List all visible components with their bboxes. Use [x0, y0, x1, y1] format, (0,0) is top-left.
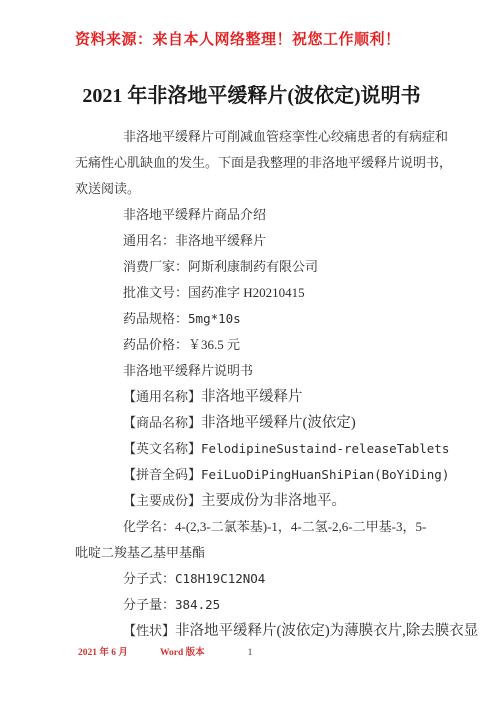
- field-value: 非洛地平缓释片: [201, 389, 303, 405]
- properties-row: 【性状】非洛地平缓释片(波依定)为薄膜衣片,除去膜衣显: [75, 618, 428, 644]
- generic-name-row: 通用名：非洛地平缓释片: [75, 228, 428, 254]
- entry-english-name: 【英文名称】FelodipineSustaind-releaseTablets: [75, 436, 428, 462]
- field-value: 非洛地平缓释片(波依定)为薄膜衣片,除去膜衣显: [175, 623, 478, 639]
- field-value: 非洛地平缓释片: [175, 233, 266, 248]
- source-notice: 资料来源：来自本人网络整理！祝您工作顺利！: [75, 30, 428, 50]
- entry-brand-name: 【商品名称】非洛地平缓释片(波依定): [75, 410, 428, 436]
- field-value: 主要成份为非洛地平。: [201, 493, 346, 509]
- field-label: 药品规格：: [123, 311, 188, 326]
- manual-heading: 非洛地平缓释片说明书: [75, 358, 428, 384]
- field-value: 384.25: [175, 597, 220, 612]
- field-label: 【商品名称】: [123, 415, 201, 430]
- entry-main-ingredient: 【主要成份】主要成份为非洛地平。: [75, 488, 428, 514]
- field-value: 阿斯利康制药有限公司: [188, 259, 318, 274]
- field-value: 非洛地平缓释片(波依定): [201, 415, 356, 431]
- field-label: 药品价格：: [123, 337, 188, 352]
- field-label: 通用名：: [123, 233, 175, 248]
- field-value: ￥36.5 元: [188, 337, 240, 352]
- price-row: 药品价格：￥36.5 元: [75, 332, 428, 358]
- field-value: 国药准字 H20210415: [188, 285, 305, 300]
- spec-row: 药品规格：5mg*10s: [75, 306, 428, 332]
- field-value: 5mg*10s: [188, 311, 241, 326]
- field-value: FelodipineSustaind-releaseTablets: [201, 441, 449, 456]
- molecular-weight-row: 分子量：384.25: [75, 592, 428, 618]
- field-label: 【性状】: [123, 623, 175, 638]
- page-footer: 2021 年 6 月 Word 版本 1: [0, 646, 500, 662]
- field-label: 【英文名称】: [123, 441, 201, 456]
- molecular-formula-row: 分子式：C18H19C12NO4: [75, 566, 428, 592]
- intro-line: 欢送阅读。: [75, 176, 428, 202]
- field-label: 【通用名称】: [123, 389, 201, 404]
- manufacturer-row: 消费厂家：阿斯利康制药有限公司: [75, 254, 428, 280]
- page-number: 1: [0, 646, 500, 660]
- intro-line: 非洛地平缓释片可削减血管痉挛性心绞痛患者的有病症和: [75, 124, 428, 150]
- page-title: 2021 年非洛地平缓释片(波依定)说明书: [75, 84, 428, 108]
- field-label: 分子式：: [123, 571, 175, 586]
- chemical-name-line: 吡啶二羧基乙基甲基酯: [75, 540, 428, 566]
- chemical-name-line: 化学名：4-(2,3-二氯苯基)-1，4-二氢-2,6-二甲基-3，5-: [75, 514, 428, 540]
- field-label: 【主要成份】: [123, 493, 201, 508]
- approval-number-row: 批准文号：国药准字 H20210415: [75, 280, 428, 306]
- document-page: 资料来源：来自本人网络整理！祝您工作顺利！ 2021 年非洛地平缓释片(波依定)…: [0, 0, 500, 708]
- entry-generic-name: 【通用名称】非洛地平缓释片: [75, 384, 428, 410]
- field-value: FeiLuoDiPingHuanShiPian(BoYiDing): [201, 467, 449, 482]
- field-label: 批准文号：: [123, 285, 188, 300]
- document-body: 非洛地平缓释片可削减血管痉挛性心绞痛患者的有病症和 无痛性心肌缺血的发生。下面是…: [75, 124, 428, 644]
- field-label: 【拼音全码】: [123, 467, 201, 482]
- entry-pinyin-code: 【拼音全码】FeiLuoDiPingHuanShiPian(BoYiDing): [75, 462, 428, 488]
- field-label: 分子量：: [123, 597, 175, 612]
- field-label: 消费厂家：: [123, 259, 188, 274]
- product-intro-heading: 非洛地平缓释片商品介绍: [75, 202, 428, 228]
- intro-line: 无痛性心肌缺血的发生。下面是我整理的非洛地平缓释片说明书，: [75, 150, 428, 176]
- field-value: C18H19C12NO4: [175, 571, 265, 586]
